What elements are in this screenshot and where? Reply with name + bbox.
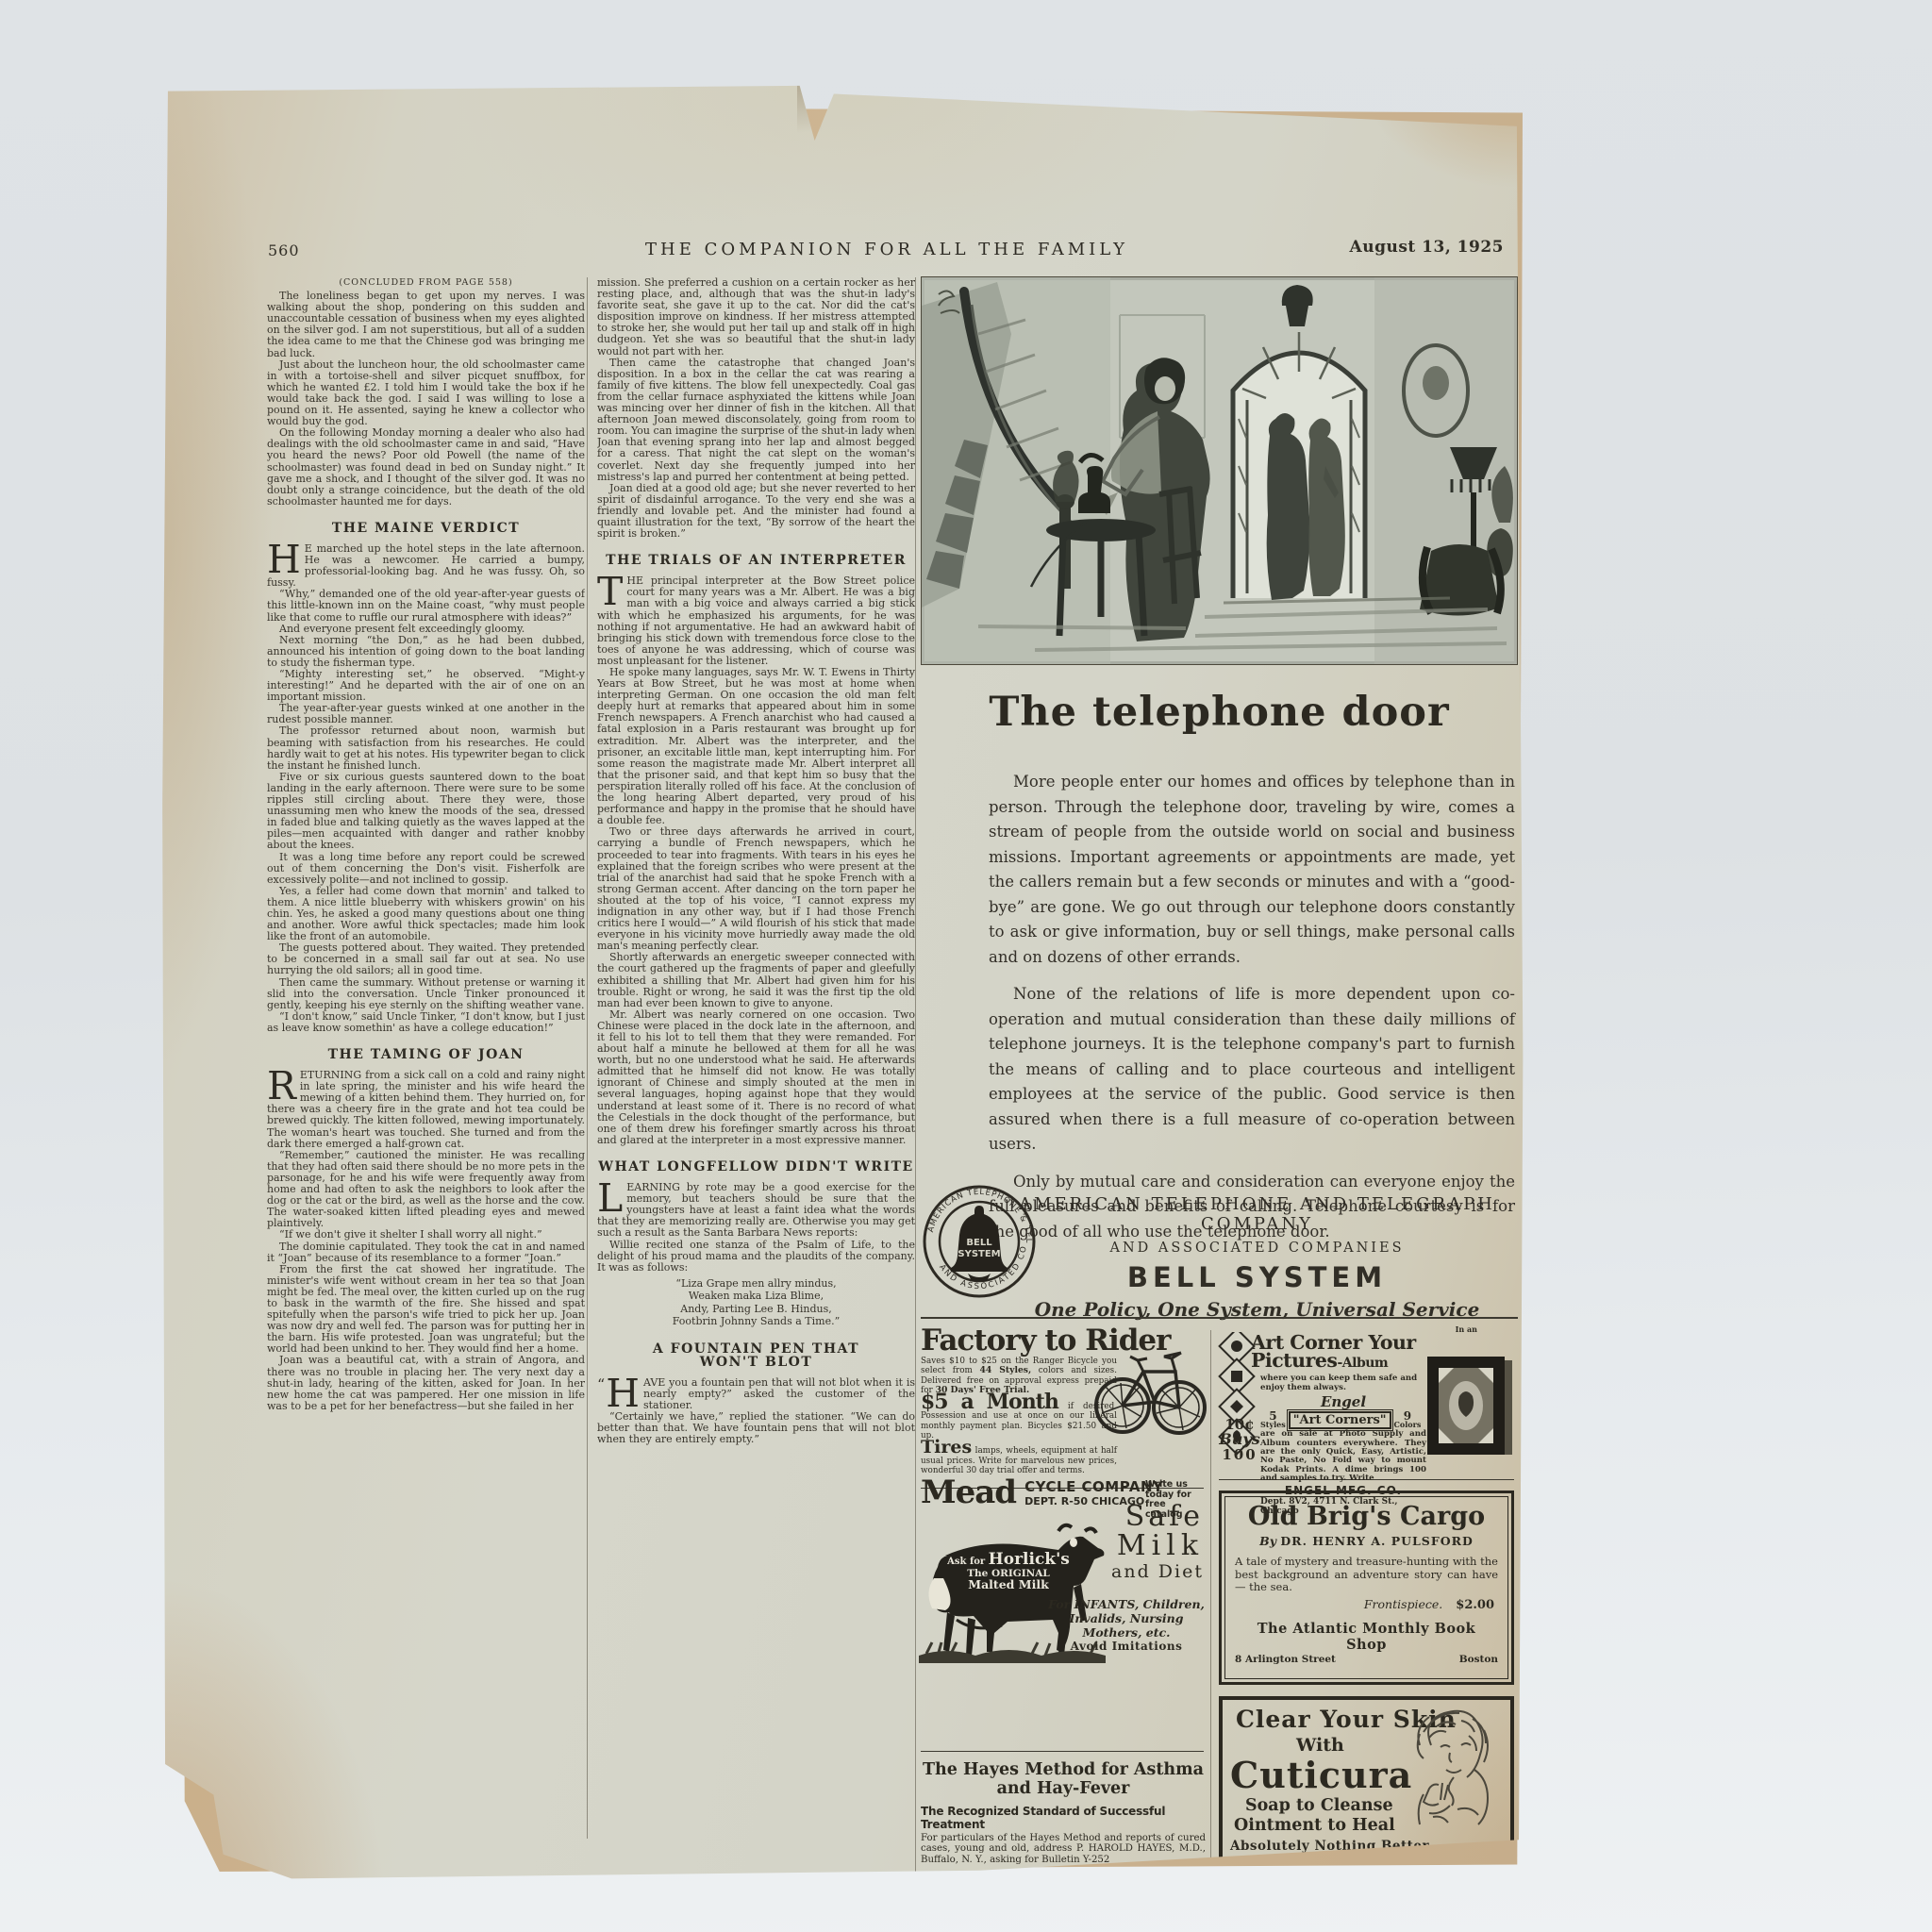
art-subtitle: where you can keep them safe and enjoy t… xyxy=(1260,1374,1426,1392)
art-title-suffix: -Album xyxy=(1337,1356,1388,1371)
story-paragraph: The guests pottered about. They waited. … xyxy=(267,942,585,976)
drop-cap: H xyxy=(606,1377,643,1408)
story-paragraph: Joan was a beautiful cat, with a strain … xyxy=(267,1355,585,1411)
story-paragraph: Five or six curious guests sauntered dow… xyxy=(267,772,585,852)
horlicks-safe: Safe xyxy=(1111,1503,1204,1531)
verse: “Liza Grape men allry mindus, Weaken mak… xyxy=(597,1277,915,1328)
horlicks-avoid: Avoid Imitations xyxy=(1047,1640,1206,1654)
lede-text: HE principal interpreter at the Bow Stre… xyxy=(597,575,915,667)
open-quote: “ xyxy=(597,1377,606,1391)
hayes-subheading: The Recognized Standard of Successful Tr… xyxy=(921,1805,1206,1831)
story-paragraph: HE marched up the hotel steps in the lat… xyxy=(267,543,585,589)
hayes-heading: The Hayes Method for Asthma and Hay-Feve… xyxy=(921,1760,1206,1798)
old-brig-price: $2.00 xyxy=(1442,1598,1494,1612)
att-signature-block: AMERICAN TELEPHONE & TELEGRAPH CO. AND A… xyxy=(921,1194,1518,1307)
art-title-main: Art Corner Your Pictures xyxy=(1251,1331,1416,1372)
drop-cap: L xyxy=(597,1182,626,1213)
verse-line: Andy, Parting Lee B. Hindus, xyxy=(597,1303,915,1316)
story-paragraph: And everyone present felt exceedingly gl… xyxy=(267,624,585,635)
drop-cap: T xyxy=(597,575,626,607)
art-styles: 5Styles xyxy=(1260,1412,1286,1429)
story-paragraph: “Certainly we have,” replied the station… xyxy=(597,1411,915,1445)
mead-tires-word: Tires xyxy=(921,1437,972,1457)
story-paragraph: Just about the luncheon hour, the old sc… xyxy=(267,359,585,428)
ad-telephone-body: More people enter our homes and offices … xyxy=(989,770,1515,1257)
column-rule-1 xyxy=(587,277,588,1839)
story-paragraph: Joan died at a good old age; but she nev… xyxy=(597,483,915,540)
heading-fountain-pen-2: WON'T BLOT xyxy=(597,1357,915,1368)
art-price: 10¢ Buys 100 xyxy=(1219,1415,1260,1463)
horlicks-cow-text: Ask for Horlick's The ORIGINAL Malted Mi… xyxy=(938,1554,1079,1591)
mead-styles: 44 Styles, xyxy=(979,1365,1031,1375)
att-associated: AND ASSOCIATED COMPANIES xyxy=(996,1241,1518,1256)
horlicks-malted: Malted Milk xyxy=(938,1579,1079,1591)
horlicks-milk: Milk xyxy=(1111,1531,1204,1561)
story-paragraph: It was a long time before any report cou… xyxy=(267,852,585,886)
verse-line: “Liza Grape men allry mindus, xyxy=(597,1277,915,1291)
art-colors: 9Colors xyxy=(1394,1412,1422,1429)
heading-fountain-pen-1: A FOUNTAIN PEN THAT xyxy=(597,1343,915,1355)
old-brig-author: DR. HENRY A. PULSFORD xyxy=(1280,1534,1473,1548)
old-brig-address-row: 8 Arlington Street Boston xyxy=(1235,1654,1498,1665)
att-company-name: AMERICAN TELEPHONE AND TELEGRAPH COMPANY xyxy=(996,1194,1518,1234)
old-brig-city: Boston xyxy=(1459,1654,1498,1665)
story-paragraph: The loneliness began to get upon my nerv… xyxy=(267,291,585,359)
drop-cap: R xyxy=(267,1070,300,1101)
story-paragraph: From the first the cat showed her ingrat… xyxy=(267,1264,585,1356)
bicycle-illustration xyxy=(1092,1328,1207,1440)
frontispiece-label: Frontispiece. xyxy=(1364,1597,1442,1611)
rule-under-att xyxy=(921,1317,1518,1319)
art-corners-badge: "Art Corners" xyxy=(1289,1411,1391,1429)
story-paragraph: Then came the summary. Without pretense … xyxy=(267,977,585,1011)
story-paragraph: The dominie capitulated. They took the c… xyxy=(267,1241,585,1264)
story-paragraph: Willie recited one stanza of the Psalm o… xyxy=(597,1240,915,1274)
mead-month: $5 a Month xyxy=(921,1390,1058,1414)
old-brig-body: A tale of mystery and treasure-hunting w… xyxy=(1235,1556,1498,1594)
story-paragraph: The professor returned about noon, warmi… xyxy=(267,725,585,771)
logo-bell-line2: SYSTEM xyxy=(958,1249,1000,1259)
story-paragraph: LEARNING by rote may be a good exercise … xyxy=(597,1182,915,1239)
horlicks-for-text: For INFANTS, Children, Invalids, Nursing… xyxy=(1048,1597,1205,1640)
ad-paragraph: None of the relations of life is more de… xyxy=(989,982,1515,1158)
concluded-label: (CONCLUDED FROM PAGE 558) xyxy=(267,277,585,289)
story-paragraph: “HAVE you a fountain pen that will not b… xyxy=(597,1377,915,1411)
ad-horlicks: Ask for Horlick's The ORIGINAL Malted Mi… xyxy=(921,1495,1206,1742)
album-illustration xyxy=(1424,1351,1514,1460)
lede-text: ETURNING from a sick call on a cold and … xyxy=(267,1069,585,1150)
horlicks-diet: and Diet xyxy=(1111,1561,1204,1582)
old-brig-street: 8 Arlington Street xyxy=(1235,1654,1336,1665)
logo-bell-line1: BELL xyxy=(966,1238,992,1248)
mead-company-name: CYCLE COMPANY xyxy=(1024,1478,1163,1495)
illustration-drawing xyxy=(922,277,1517,664)
story-illustration xyxy=(921,276,1518,665)
ad-art-corner: In an Art Corner Your Pictures-Album whe… xyxy=(1219,1324,1514,1475)
publication-title: THE COMPANION FOR ALL THE FAMILY xyxy=(266,240,1507,259)
story-paragraph: Yes, a feller had come down that mornin'… xyxy=(267,886,585,942)
middle-column: mission. She preferred a cushion on a ce… xyxy=(597,277,915,1832)
ad-mead-cycle: Factory to Rider xyxy=(921,1326,1206,1485)
story-paragraph: mission. She preferred a cushion on a ce… xyxy=(597,277,915,358)
story-paragraph: “Remember,” cautioned the minister. He w… xyxy=(267,1150,585,1230)
lede-text: E marched up the hotel steps in the late… xyxy=(267,542,585,589)
magazine-page: 560 THE COMPANION FOR ALL THE FAMILY Aug… xyxy=(160,83,1526,1887)
verse-line: Weaken maka Liza Blime, xyxy=(597,1290,915,1303)
story-paragraph: “Mighty interesting set,” he observed. “… xyxy=(267,669,585,703)
heading-taming-of-joan: THE TAMING OF JOAN xyxy=(267,1049,585,1060)
story-paragraph: He spoke many languages, says Mr. W. T. … xyxy=(597,667,915,826)
issue-date: August 13, 1925 xyxy=(1350,238,1504,257)
ad-paragraph: More people enter our homes and offices … xyxy=(989,770,1515,970)
old-brig-by: By xyxy=(1259,1534,1280,1548)
rule-under-horlicks xyxy=(921,1751,1204,1752)
horlicks-for: For INFANTS, Children, Invalids, Nursing… xyxy=(1047,1597,1206,1654)
photo-of-magazine-page: 560 THE COMPANION FOR ALL THE FAMILY Aug… xyxy=(0,0,1932,1932)
story-paragraph: Two or three days afterwards he arrived … xyxy=(597,826,915,952)
art-price-buys: Buys xyxy=(1219,1433,1260,1446)
bell-system-wordmark: BELL SYSTEM xyxy=(996,1261,1518,1293)
old-brig-title: Old Brig's Cargo xyxy=(1235,1505,1498,1529)
att-company-lines: AMERICAN TELEPHONE AND TELEGRAPH COMPANY… xyxy=(996,1194,1518,1321)
horlicks-brand: Horlick's xyxy=(989,1550,1070,1569)
mead-payment: $5 a Month if desired. Possession and us… xyxy=(921,1397,1117,1441)
story-paragraph: “Why,” demanded one of the old year-afte… xyxy=(267,589,585,623)
old-brig-shop: The Atlantic Monthly Book Shop xyxy=(1235,1621,1498,1653)
art-corner-main: In an Art Corner Your Pictures-Album whe… xyxy=(1260,1324,1426,1516)
story-paragraph: On the following Monday morning a dealer… xyxy=(267,427,585,508)
verse-line: Footbrin Johnny Sands a Time.” xyxy=(597,1315,915,1328)
horlicks-headline: Safe Milk and Diet xyxy=(1111,1503,1204,1582)
art-corners-row: 5Styles "Art Corners" 9Colors xyxy=(1260,1411,1426,1429)
drop-cap: H xyxy=(267,543,305,575)
column-rule-2 xyxy=(915,277,916,1886)
heading-interpreter: THE TRIALS OF AN INTERPRETER xyxy=(597,555,915,566)
story-paragraph: Mr. Albert was nearly cornered on one oc… xyxy=(597,1009,915,1146)
left-column: (CONCLUDED FROM PAGE 558) The loneliness… xyxy=(267,277,585,1845)
ad-telephone-title: The telephone door xyxy=(921,689,1518,736)
lede-text: EARNING by rote may be a good exercise f… xyxy=(597,1181,915,1239)
old-brig-inner: Old Brig's Cargo By DR. HENRY A. PULSFOR… xyxy=(1224,1496,1508,1679)
old-brig-frontispiece: Frontispiece.$2.00 xyxy=(1235,1597,1498,1612)
ad-column-rule xyxy=(1210,1330,1211,1881)
heading-maine-verdict: THE MAINE VERDICT xyxy=(267,523,585,534)
story-paragraph: Then came the catastrophe that changed J… xyxy=(597,358,915,483)
horlicks-ask: Ask for xyxy=(947,1557,989,1567)
woman-sketch xyxy=(1395,1704,1507,1826)
art-price-100: 100 xyxy=(1219,1446,1260,1463)
story-paragraph: RETURNING from a sick call on a cold and… xyxy=(267,1070,585,1150)
art-body: are on sale at Photo Supply and Album co… xyxy=(1260,1430,1426,1483)
story-paragraph: “I don't know,” said Uncle Tinker, “I do… xyxy=(267,1011,585,1034)
story-paragraph: THE principal interpreter at the Bow Str… xyxy=(597,575,915,667)
story-paragraph: The year-after-year guests winked at one… xyxy=(267,703,585,725)
story-paragraph: Shortly afterwards an energetic sweeper … xyxy=(597,952,915,1008)
story-paragraph: “If we don't give it shelter I shall wor… xyxy=(267,1229,585,1241)
story-paragraph: Next morning “the Don,” as he had been d… xyxy=(267,635,585,669)
ad-old-brigs-cargo: Old Brig's Cargo By DR. HENRY A. PULSFOR… xyxy=(1219,1491,1514,1685)
heading-longfellow: WHAT LONGFELLOW DIDN'T WRITE xyxy=(597,1161,915,1173)
old-brig-byline: By DR. HENRY A. PULSFORD xyxy=(1235,1534,1498,1548)
mead-tires: Tires lamps, wheels, equipment at half u… xyxy=(921,1442,1117,1475)
masthead: 560 THE COMPANION FOR ALL THE FAMILY Aug… xyxy=(266,236,1507,268)
art-brand: Engel xyxy=(1260,1393,1426,1410)
lede-text: AVE you a fountain pen that will not blo… xyxy=(643,1376,915,1411)
